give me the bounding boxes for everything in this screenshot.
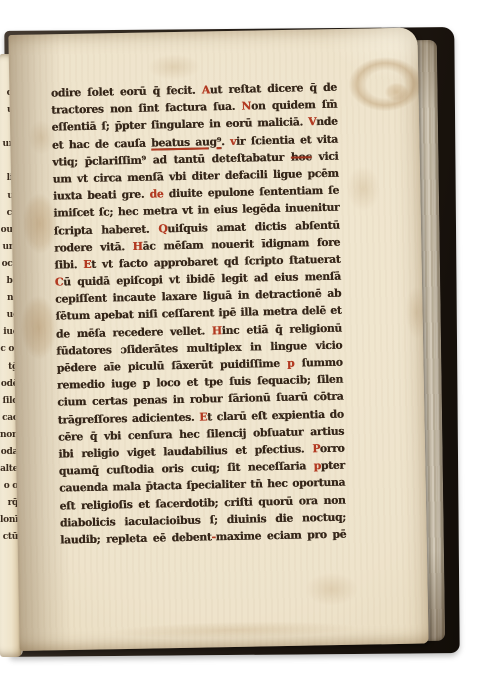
printed-text: ſcripta haberet. — [54, 222, 159, 237]
rubricated-text: E — [83, 258, 91, 271]
book-photo: cūustiumitlicurcūoueumocābansuciuēc ottḡ… — [0, 0, 486, 700]
recto-page: odire ſolet eorū q̄ fecit. Aut reſtat di… — [8, 28, 428, 651]
printed-text: tractores non ſint factura ſua. — [51, 100, 241, 117]
printed-text: maxime eciam pro pē — [216, 527, 347, 543]
printed-text: on quidem ſm̄ — [251, 98, 337, 113]
rubricated-text: H — [212, 324, 222, 337]
printed-text: rodere vitā. — [54, 240, 133, 255]
printed-text: nde — [316, 115, 338, 128]
rubricated-text: N — [241, 100, 251, 113]
printed-text: vici — [311, 149, 338, 163]
printed-text: iuxta beati gre. — [53, 188, 150, 203]
printed-text: inc etiā q̄ religionū — [222, 321, 342, 337]
printed-text: t clarū eſt expientia do — [207, 407, 344, 423]
printed-text: diuite epulone ſententiam ſe — [163, 184, 339, 201]
printed-text: ſibi. — [54, 258, 83, 272]
printed-text: ſummo — [294, 356, 343, 370]
printed-text: de mēſa recedere vellet. — [56, 324, 212, 340]
printed-text: uiſquis amat dictis abſentū — [167, 218, 340, 235]
rubricated-text: de — [149, 187, 163, 200]
printed-text: odire ſolet eorū q̄ fecit. — [51, 83, 202, 99]
rubricated-text: V — [308, 115, 316, 128]
printed-text: orro — [320, 442, 345, 456]
printed-text: pter — [321, 459, 345, 472]
printed-text: . — [221, 134, 230, 147]
printed-text: ut reſtat dicere q̄ de — [210, 81, 337, 97]
printed-text: āc mēſam nouerit īdignam fore — [142, 235, 340, 252]
text-block: odire ſolet eorū q̄ fecit. Aut reſtat di… — [51, 79, 347, 549]
rubricated-text: beatus aug⁹ — [151, 135, 221, 149]
printed-text: et hac de cauſa — [52, 136, 151, 151]
printed-text: ir ſcientia et vita — [236, 132, 338, 147]
rubricated-text: Q — [158, 222, 167, 235]
printed-text: laudib; repleta eē debent — [60, 530, 212, 546]
rubricated-text: hoc — [291, 150, 312, 163]
printed-text: trāgreſſores adicientes. — [58, 410, 200, 426]
rubricated-text: A — [202, 83, 210, 96]
